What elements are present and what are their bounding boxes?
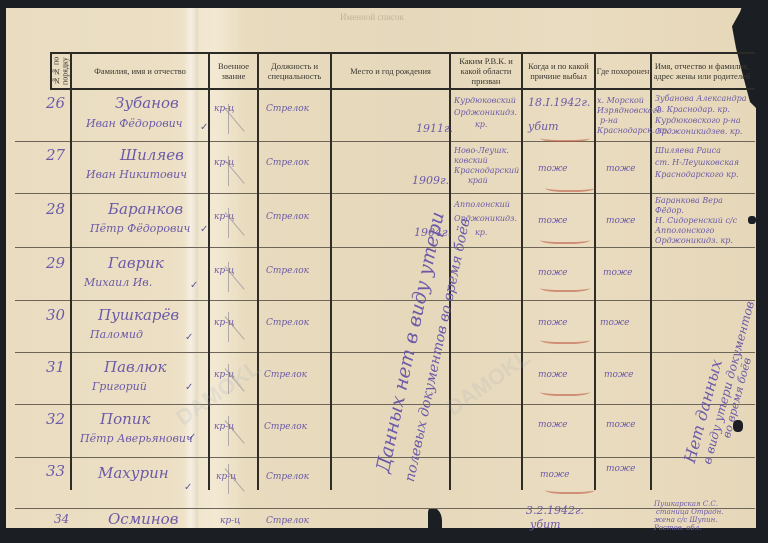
col-border <box>330 52 332 490</box>
relatives-line: Апполонского <box>655 226 714 236</box>
same-as-above: тоже <box>538 216 568 226</box>
row-number: 26 <box>46 94 65 112</box>
check-mark: ✓ <box>200 224 208 235</box>
row-number: 29 <box>46 254 65 272</box>
cross-mark <box>228 262 257 292</box>
header-rank: Военное звание <box>210 54 257 88</box>
red-underline <box>545 484 595 494</box>
same-as-above: тоже <box>606 164 636 174</box>
position: Стрелок <box>266 318 309 328</box>
relatives-line: Ростов. обл. <box>654 524 701 532</box>
row-divider <box>15 300 755 301</box>
row-number: 33 <box>46 462 65 480</box>
col-border <box>521 52 523 490</box>
given-name: Иван Фёдорович <box>86 117 183 130</box>
red-underline <box>540 132 590 142</box>
cross-mark <box>228 156 257 186</box>
surname: Зубанов <box>115 94 179 112</box>
same-as-above: тоже <box>606 216 636 226</box>
birth-year: 1909г. <box>412 174 449 187</box>
rvk-line: Апполонский <box>454 200 510 210</box>
row-divider <box>15 193 755 194</box>
position: Стрелок <box>264 422 307 432</box>
same-as-above: тоже <box>600 318 630 328</box>
surname: Осминов <box>108 510 178 528</box>
row-number: 34 <box>54 512 69 526</box>
surname: Шиляев <box>120 146 184 164</box>
cross-mark <box>228 312 257 342</box>
surname: Гаврик <box>108 254 164 272</box>
surname: Попик <box>100 410 150 428</box>
check-mark: ✓ <box>185 332 193 343</box>
same-as-above: тоже <box>540 470 570 480</box>
cross-mark <box>228 208 257 238</box>
given-name: Григорий <box>92 380 147 393</box>
same-as-above: тоже <box>604 370 634 380</box>
relatives-line: станица Отрадн. <box>656 508 723 516</box>
cross-mark <box>228 104 257 134</box>
row-divider <box>15 352 755 353</box>
relatives-line: Ф. Краснодар. кр. <box>655 105 730 115</box>
date-out: 18.I.1942г. <box>528 96 590 109</box>
row-divider <box>15 508 755 509</box>
rank: кр-ц <box>220 516 240 526</box>
relatives-line: жена с/с Шупин. <box>654 516 717 524</box>
row-divider <box>15 141 755 142</box>
check-mark: ✓ <box>185 382 193 393</box>
rvk-line: Краснодарский <box>454 166 519 176</box>
red-underline <box>540 386 590 396</box>
red-underline <box>540 282 590 292</box>
relatives-line: Зубанова Александра <box>655 94 746 104</box>
same-as-above: тоже <box>606 420 636 430</box>
row-number: 28 <box>46 200 65 218</box>
check-mark: ✓ <box>188 432 196 443</box>
buried-line: р-на <box>600 116 618 126</box>
same-as-above: тоже <box>538 420 568 430</box>
row-number: 30 <box>46 306 65 324</box>
relatives-line: Баранкова Вера <box>655 196 723 206</box>
header-rvk: Каким Р.В.К. и какой области призван <box>451 54 521 88</box>
row-number: 32 <box>46 410 65 428</box>
col-border <box>208 52 210 490</box>
position: Стрелок <box>266 158 309 168</box>
col-border <box>70 52 72 490</box>
surname: Павлюк <box>104 358 166 376</box>
rvk-line: край <box>468 176 488 186</box>
surname: Баранков <box>108 200 183 218</box>
red-underline <box>540 234 590 244</box>
row-number: 31 <box>46 358 65 376</box>
row-divider <box>15 247 755 248</box>
col-border <box>257 52 259 490</box>
relatives-line: Фёдор. <box>655 206 684 216</box>
col-border <box>650 52 652 490</box>
birth-year: 1911г. <box>416 122 453 135</box>
given-name: Иван Никитович <box>86 168 187 181</box>
rvk-line: ковский <box>454 156 488 166</box>
red-underline <box>540 334 590 344</box>
rvk-line: кр. <box>475 228 487 238</box>
position: Стрелок <box>266 516 309 526</box>
position: Стрелок <box>266 266 309 276</box>
buried-line: х. Морской <box>597 96 644 106</box>
given-name: Пётр Фёдорович <box>90 222 190 235</box>
check-mark: ✓ <box>184 482 192 493</box>
check-mark: ✓ <box>200 122 208 133</box>
header-name: Фамилия, имя и отчество <box>72 54 208 88</box>
rvk-line: кр. <box>475 120 487 130</box>
relatives-line: Орджоникидзев. кр. <box>655 127 742 137</box>
reason-out: убит <box>530 518 561 531</box>
position: Стрелок <box>266 104 309 114</box>
relatives-line: Шиляева Раиса <box>655 146 721 156</box>
given-name: Михаил Ив. <box>84 276 152 289</box>
same-as-above: тоже <box>603 268 633 278</box>
header-relatives: Имя, отчество и фамилия, адрес жены или … <box>652 54 752 88</box>
same-as-above: тоже <box>538 268 568 278</box>
given-name: Пётр Аверьянович <box>80 432 193 445</box>
cross-mark <box>228 464 257 494</box>
date-out: 3.2.1942г. <box>526 504 584 517</box>
rvk-line: Ново-Леушк. <box>454 146 509 156</box>
relatives-line: Пушкарская С.С. <box>654 500 718 508</box>
header-num: №№ по порядку <box>51 54 70 88</box>
header-when: Когда и по какой причине выбыл <box>523 54 594 88</box>
relatives-line: ст. Н-Леушковская <box>655 158 739 168</box>
cross-mark <box>228 416 257 446</box>
header-birth: Место и год рождения <box>332 54 449 88</box>
rvk-line: Курдюковский <box>454 96 516 106</box>
relatives-line: Курдюковского р-на <box>655 116 741 126</box>
row-number: 27 <box>46 146 65 164</box>
relatives-line: Краснодарского кр. <box>655 170 739 180</box>
given-name: Паломид <box>90 328 143 341</box>
header-position: Должность и специальность <box>259 54 330 88</box>
buried-line: Изрядновского <box>597 106 662 116</box>
position: Стрелок <box>266 472 309 482</box>
relatives-line: Н. Сидоренский с/с <box>655 216 737 226</box>
position: Стрелок <box>264 370 307 380</box>
same-as-above: тоже <box>538 370 568 380</box>
same-as-above: тоже <box>538 164 568 174</box>
surname: Махурин <box>98 464 169 482</box>
header-buried: Где похоронен <box>596 54 650 88</box>
rvk-line: Орджоникидз. <box>454 108 517 118</box>
same-as-above: тоже <box>606 464 636 474</box>
surname: Пушкарёв <box>98 306 179 324</box>
same-as-above: тоже <box>538 318 568 328</box>
position: Стрелок <box>266 212 309 222</box>
red-underline <box>545 182 595 192</box>
check-mark: ✓ <box>190 280 198 291</box>
col-border <box>594 52 596 490</box>
relatives-line: Орджоникидз. кр. <box>655 236 733 246</box>
